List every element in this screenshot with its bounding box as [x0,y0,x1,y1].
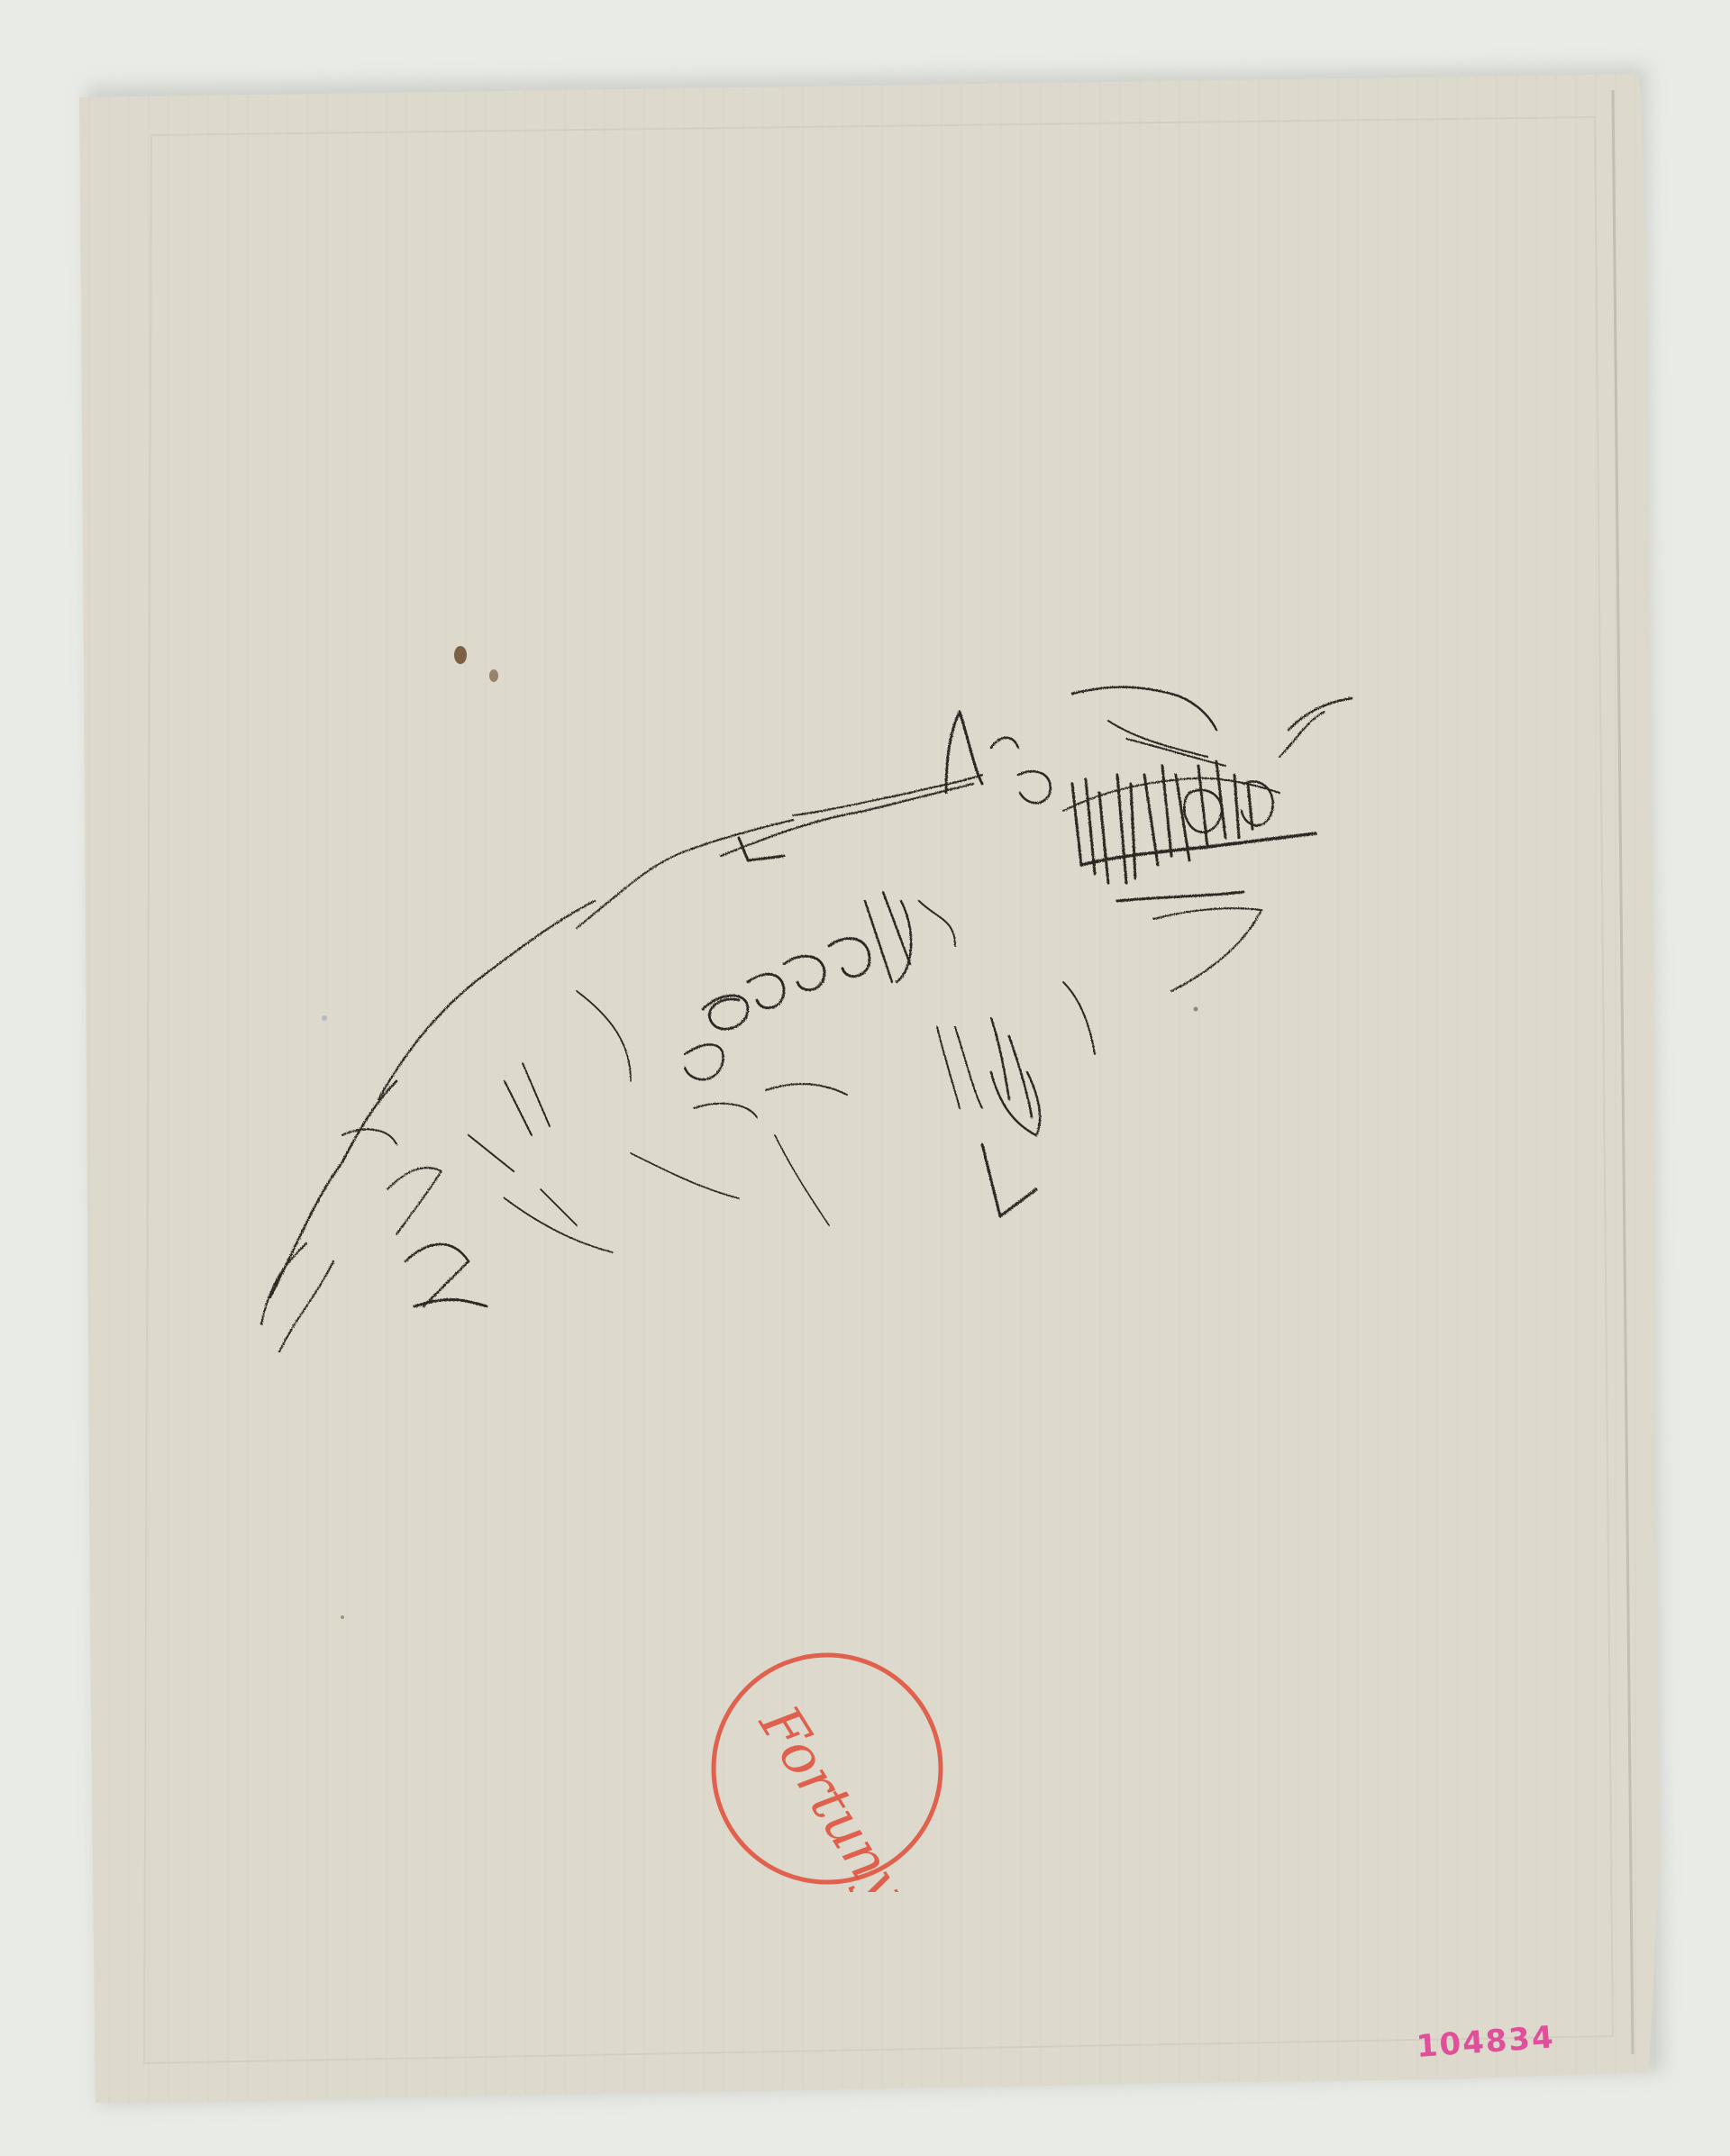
artwork-scan: Fortuny 104834 [0,0,1730,2156]
artwork-canvas [0,0,1730,2156]
laid-lines [79,74,1656,2103]
